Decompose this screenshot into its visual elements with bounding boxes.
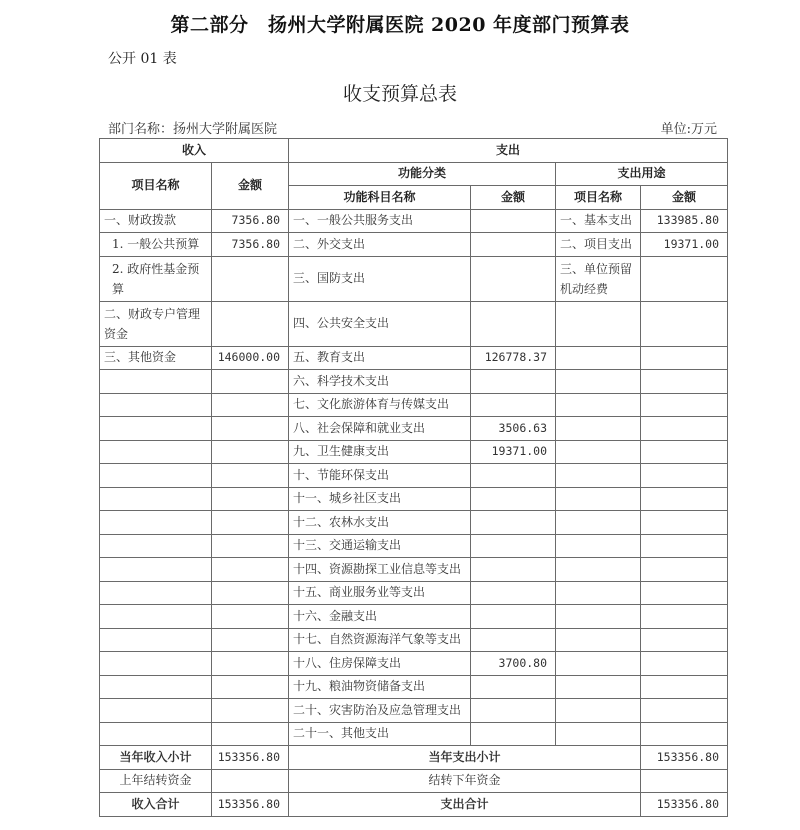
income-item-name [100,440,212,464]
use-item-name-header: 项目名称 [556,186,641,210]
use-amount [641,256,728,301]
function-amount [471,464,556,488]
function-amount: 3700.80 [471,652,556,676]
function-item-name: 十九、粮油物资储备支出 [289,675,471,699]
function-amount [471,675,556,699]
income-item-name: 三、其他资金 [100,346,212,370]
use-item-name [556,581,641,605]
use-amount-header: 金额 [641,186,728,210]
function-item-name: 十六、金融支出 [289,605,471,629]
income-amount [212,256,289,301]
use-amount: 133985.80 [641,209,728,233]
function-amount [471,256,556,301]
income-item-name [100,370,212,394]
use-amount [641,464,728,488]
table-row: 十九、粮油物资储备支出 [100,675,728,699]
table-row: 九、卫生健康支出19371.00 [100,440,728,464]
income-item-name: 2. 政府性基金预算 [100,256,212,301]
income-amount [212,558,289,582]
use-item-name [556,534,641,558]
use-amount [641,440,728,464]
income-amount [212,534,289,558]
table-row: 十、节能环保支出 [100,464,728,488]
function-item-name: 十、节能环保支出 [289,464,471,488]
table-row: 二十、灾害防治及应急管理支出 [100,699,728,723]
expense-subtotal-value: 153356.80 [641,746,728,770]
income-amount [212,440,289,464]
function-amount: 126778.37 [471,346,556,370]
form-number: 公开 01 表 [108,48,177,68]
function-amount [471,370,556,394]
income-item-name [100,628,212,652]
function-item-name: 七、文化旅游体育与传媒支出 [289,393,471,417]
function-item-name: 八、社会保障和就业支出 [289,417,471,441]
function-amount [471,511,556,535]
table-row: 2. 政府性基金预算三、国防支出三、单位预留机动经费 [100,256,728,301]
income-subtotal-value: 153356.80 [212,746,289,770]
income-amount [212,370,289,394]
income-item-name [100,487,212,511]
income-item-name: 二、财政专户管理资金 [100,301,212,346]
function-item-name: 十一、城乡社区支出 [289,487,471,511]
income-item-name [100,464,212,488]
document-title: 第二部分 扬州大学附属医院 2020 年度部门预算表 [0,10,800,37]
function-item-name: 三、国防支出 [289,256,471,301]
table-row: 一、财政拨款7356.80一、一般公共服务支出一、基本支出133985.80 [100,209,728,233]
income-amount [212,487,289,511]
income-amount [212,464,289,488]
function-amount [471,605,556,629]
subtotal-row: 当年收入小计 153356.80 当年支出小计 153356.80 [100,746,728,770]
function-amount [471,628,556,652]
income-item-name [100,534,212,558]
carryover-row: 上年结转资金 结转下年资金 [100,769,728,793]
function-item-name: 二十一、其他支出 [289,722,471,746]
income-item-name [100,722,212,746]
use-item-name [556,370,641,394]
use-amount [641,699,728,723]
income-amount: 146000.00 [212,346,289,370]
use-amount [641,417,728,441]
function-amount [471,233,556,257]
use-item-name [556,440,641,464]
use-amount [641,487,728,511]
use-item-name [556,464,641,488]
income-amount [212,301,289,346]
function-class-header: 功能分类 [289,162,556,186]
use-item-name: 二、项目支出 [556,233,641,257]
carryover-in-value [212,769,289,793]
function-item-name: 四、公共安全支出 [289,301,471,346]
use-amount [641,628,728,652]
unit-label: 单位:万元 [661,118,717,137]
table-title: 收支预算总表 [0,79,800,106]
income-item-name [100,511,212,535]
use-amount [641,722,728,746]
use-item-name [556,511,641,535]
function-item-name: 十三、交通运输支出 [289,534,471,558]
use-amount [641,581,728,605]
function-item-name: 二十、灾害防治及应急管理支出 [289,699,471,723]
use-amount [641,652,728,676]
expense-total-value: 153356.80 [641,793,728,817]
use-amount [641,393,728,417]
function-amount: 19371.00 [471,440,556,464]
expense-total-label: 支出合计 [289,793,641,817]
use-amount: 19371.00 [641,233,728,257]
table-row: 十六、金融支出 [100,605,728,629]
use-item-name [556,487,641,511]
income-amount [212,652,289,676]
function-item-name: 十八、住房保障支出 [289,652,471,676]
table-row: 七、文化旅游体育与传媒支出 [100,393,728,417]
function-amount [471,558,556,582]
function-amount [471,699,556,723]
use-amount [641,346,728,370]
table-row: 十八、住房保障支出3700.80 [100,652,728,676]
income-amount [212,722,289,746]
function-item-name: 六、科学技术支出 [289,370,471,394]
header-row-2: 项目名称 金额 功能分类 支出用途 [100,162,728,186]
use-amount [641,511,728,535]
total-row: 收入合计 153356.80 支出合计 153356.80 [100,793,728,817]
use-item-name [556,675,641,699]
table-row: 十四、资源勘探工业信息等支出 [100,558,728,582]
use-item-name [556,699,641,723]
table-row: 六、科学技术支出 [100,370,728,394]
income-amount [212,699,289,723]
income-amount: 7356.80 [212,233,289,257]
income-item-name [100,558,212,582]
use-item-name [556,301,641,346]
income-amount [212,417,289,441]
use-item-name [556,346,641,370]
income-header: 收入 [100,139,289,163]
expense-header: 支出 [289,139,728,163]
income-item-name [100,605,212,629]
function-amount [471,209,556,233]
income-item-name [100,417,212,441]
income-item-name [100,699,212,723]
function-item-name: 十四、资源勘探工业信息等支出 [289,558,471,582]
function-amount [471,301,556,346]
table-row: 十一、城乡社区支出 [100,487,728,511]
table-row: 八、社会保障和就业支出3506.63 [100,417,728,441]
income-item-name: 一、财政拨款 [100,209,212,233]
income-amount [212,581,289,605]
use-amount [641,370,728,394]
use-amount [641,605,728,629]
header-row-1: 收入 支出 [100,139,728,163]
use-amount [641,534,728,558]
use-item-name [556,558,641,582]
department-label: 部门名称：扬州大学附属医院 [108,118,277,137]
table-row: 二、财政专户管理资金四、公共安全支出 [100,301,728,346]
use-amount [641,558,728,582]
income-item-name [100,581,212,605]
expense-use-header: 支出用途 [556,162,728,186]
function-item-name: 五、教育支出 [289,346,471,370]
function-item-name: 二、外交支出 [289,233,471,257]
use-item-name [556,722,641,746]
income-item-name: 1. 一般公共预算 [100,233,212,257]
income-amount [212,511,289,535]
table-row: 三、其他资金146000.00五、教育支出126778.37 [100,346,728,370]
income-item-name-header: 项目名称 [100,162,212,209]
function-amount [471,581,556,605]
use-item-name [556,605,641,629]
use-item-name: 三、单位预留机动经费 [556,256,641,301]
function-amount: 3506.63 [471,417,556,441]
function-item-name: 十五、商业服务业等支出 [289,581,471,605]
use-item-name [556,417,641,441]
table-row: 十三、交通运输支出 [100,534,728,558]
income-item-name [100,652,212,676]
use-amount [641,301,728,346]
use-item-name [556,652,641,676]
income-amount-header: 金额 [212,162,289,209]
income-total-label: 收入合计 [100,793,212,817]
income-total-value: 153356.80 [212,793,289,817]
income-amount [212,675,289,699]
income-amount: 7356.80 [212,209,289,233]
function-amount [471,487,556,511]
budget-table: 收入 支出 项目名称 金额 功能分类 支出用途 功能科目名称 金额 项目名称 金… [99,138,728,817]
income-amount [212,628,289,652]
carryover-out-label: 结转下年资金 [289,769,641,793]
income-amount [212,393,289,417]
table-row: 1. 一般公共预算7356.80二、外交支出二、项目支出19371.00 [100,233,728,257]
use-item-name [556,628,641,652]
function-item-name: 九、卫生健康支出 [289,440,471,464]
function-item-name: 十二、农林水支出 [289,511,471,535]
table-row: 十二、农林水支出 [100,511,728,535]
function-amount-header: 金额 [471,186,556,210]
function-item-name: 一、一般公共服务支出 [289,209,471,233]
function-amount [471,722,556,746]
table-row: 十五、商业服务业等支出 [100,581,728,605]
function-amount [471,534,556,558]
function-item-name-header: 功能科目名称 [289,186,471,210]
income-subtotal-label: 当年收入小计 [100,746,212,770]
carryover-out-value [641,769,728,793]
function-item-name: 十七、自然资源海洋气象等支出 [289,628,471,652]
income-item-name [100,675,212,699]
use-item-name: 一、基本支出 [556,209,641,233]
carryover-in-label: 上年结转资金 [100,769,212,793]
use-item-name [556,393,641,417]
use-amount [641,675,728,699]
table-row: 二十一、其他支出 [100,722,728,746]
income-amount [212,605,289,629]
function-amount [471,393,556,417]
income-item-name [100,393,212,417]
table-row: 十七、自然资源海洋气象等支出 [100,628,728,652]
expense-subtotal-label: 当年支出小计 [289,746,641,770]
